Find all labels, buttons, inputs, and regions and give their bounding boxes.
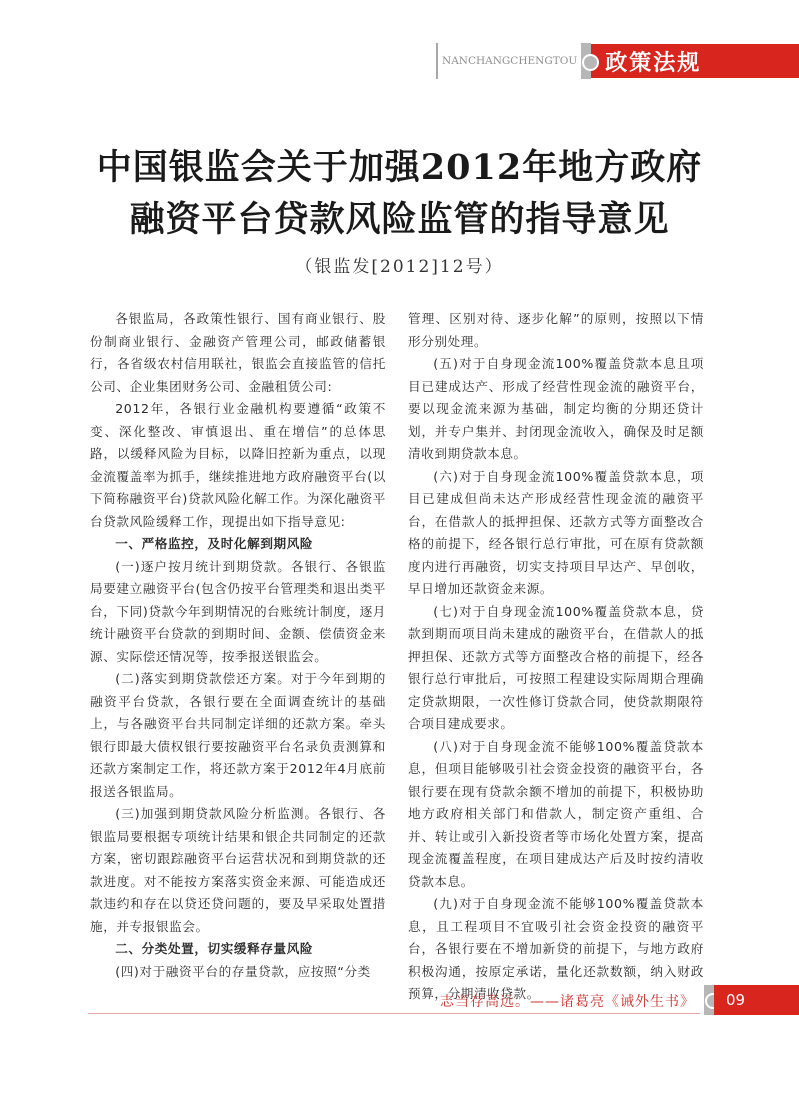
page-title: 中国银监会关于加强2012年地方政府 融资平台贷款风险监管的指导意见: [0, 142, 799, 246]
section-heading-1: 一、严格监控，及时化解到期风险: [90, 533, 386, 556]
left-column: 各银监局，各政策性银行、国有商业银行、股份制商业银行、金融资产管理公司，邮政储蓄…: [90, 308, 386, 983]
footer-quote: 志当存高远。——诸葛亮《诫外生书》: [440, 991, 695, 1011]
paragraph-item-4: (四)对于融资平台的存量贷款，应按照“分类: [90, 961, 386, 984]
title-line-1: 中国银监会关于加强2012年地方政府: [0, 142, 799, 194]
page-header: NANCHANGCHENGTOU 政策法规: [436, 44, 799, 78]
paragraph-item-1: (一)逐户按月统计到期贷款。各银行、各银监局要建立融资平台(包含仍按平台管理类和…: [90, 556, 386, 669]
section-label: 政策法规: [591, 44, 799, 78]
page-footer: 志当存高远。——诸葛亮《诫外生书》 09: [0, 985, 799, 1025]
paragraph-item-8: (八)对于自身现金流不能够100%覆盖贷款本息，但项目能够吸引社会资金投资的融资…: [408, 736, 704, 894]
header-divider: [436, 43, 438, 79]
document-number: （银监发[2012]12号）: [0, 252, 799, 277]
paragraph-item-2: (二)落实到期贷款偿还方案。对于今年到期的融资平台贷款，各银行要在全面调查统计的…: [90, 668, 386, 803]
paragraph-item-4-continued: 管理、区别对待、逐步化解”的原则，按照以下情形分别处理。: [408, 308, 704, 353]
paragraph-item-3: (三)加强到期贷款风险分析监测。各银行、各银监局要根据专项统计结果和银企共同制定…: [90, 803, 386, 938]
header-knob-icon: [581, 43, 591, 79]
paragraph-item-5: (五)对于自身现金流100%覆盖贷款本息且项目已建成达产、形成了经营性现金流的融…: [408, 353, 704, 466]
right-column: 管理、区别对待、逐步化解”的原则，按照以下情形分别处理。 (五)对于自身现金流1…: [408, 308, 704, 1006]
paragraph-item-6: (六)对于自身现金流100%覆盖贷款本息，项目已建成但尚未达产形成经营性现金流的…: [408, 466, 704, 601]
title-line-2: 融资平台贷款风险监管的指导意见: [0, 194, 799, 246]
paragraph-addressees: 各银监局，各政策性银行、国有商业银行、股份制商业银行、金融资产管理公司，邮政储蓄…: [90, 308, 386, 398]
footer-knob-icon: [704, 985, 714, 1015]
footer-rule: [88, 1013, 700, 1014]
paragraph-item-7: (七)对于自身现金流100%覆盖贷款本息，贷款到期而项目尚未建成的融资平台，在借…: [408, 601, 704, 736]
paragraph-intro: 2012年，各银行业金融机构要遵循“政策不变、深化整改、审慎退出、重在增信”的总…: [90, 398, 386, 533]
section-heading-2: 二、分类处置，切实缓释存量风险: [90, 938, 386, 961]
page-number: 09: [714, 985, 799, 1015]
brand-name: NANCHANGCHENGTOU: [442, 55, 577, 67]
